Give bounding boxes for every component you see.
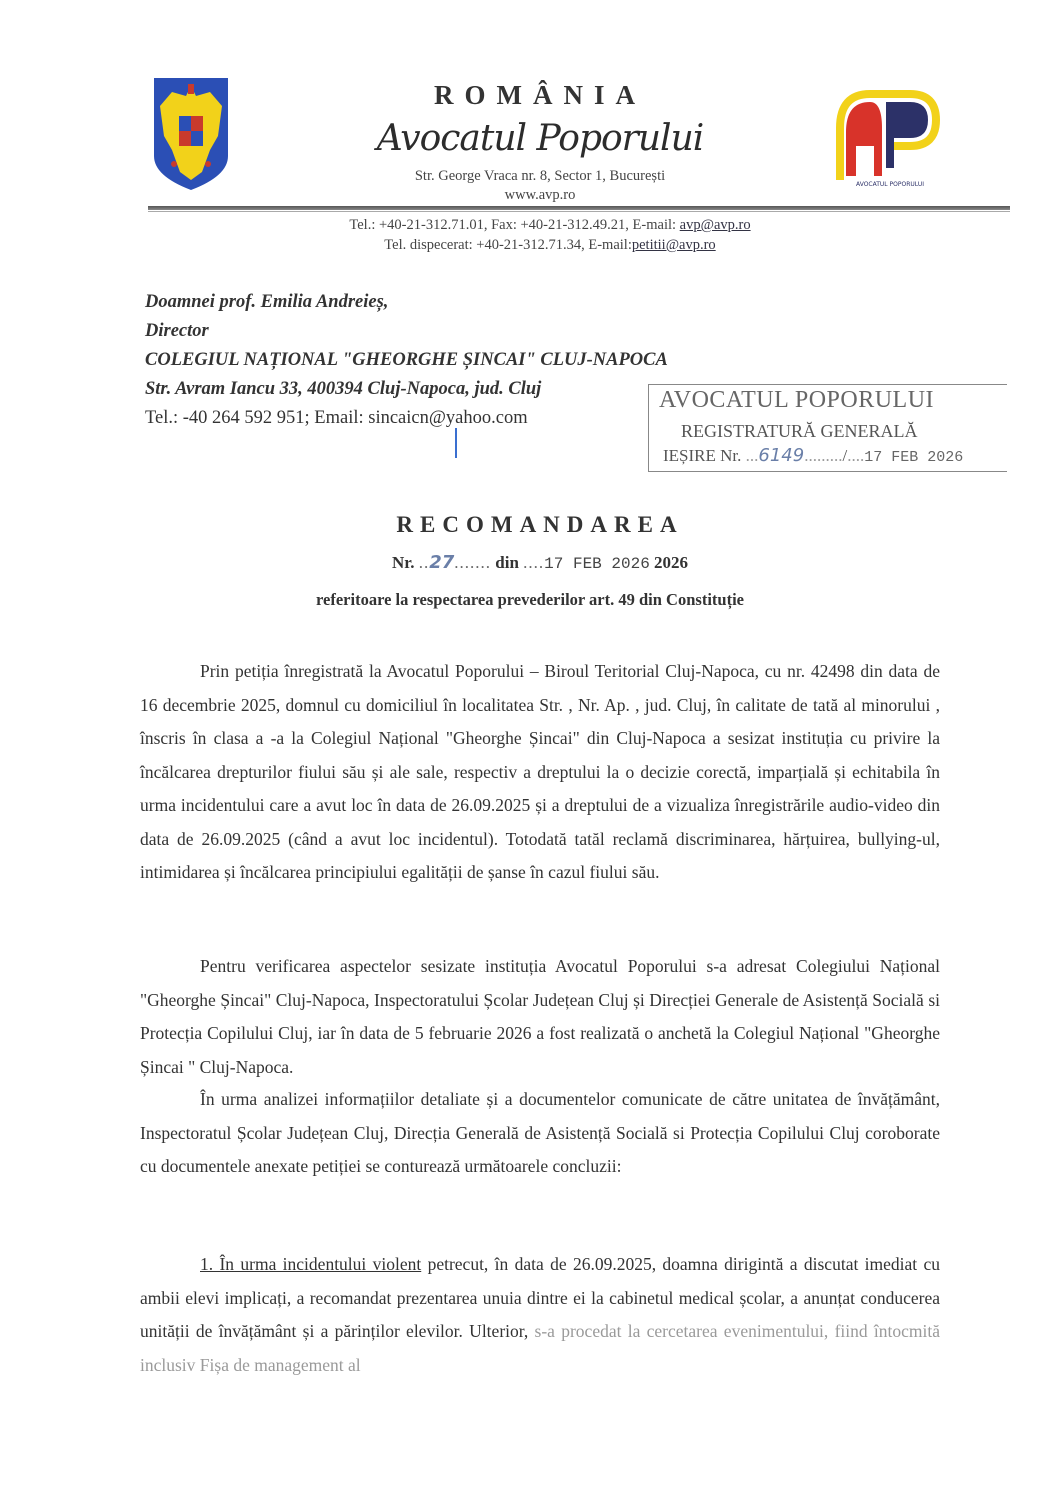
registry-stamp: AVOCATUL POPORULUI REGISTRATURĂ GENERALĂ… [648,384,1007,472]
paragraph-finding-1: 1. În urma incidentului violent petrecut… [140,1248,940,1382]
year: 2026 [654,553,688,572]
body-paragraph-1: Prin petiția înregistrată la Avocatul Po… [140,655,940,890]
stamp-date: 17 FEB 2026 [864,449,963,466]
document-number-line: Nr. ..27....... din ....17 FEB 2026 2026 [300,552,780,573]
finding-1-heading: 1. În urma incidentului violent [200,1254,421,1274]
date-stamp: 17 FEB 2026 [544,555,650,573]
stamp-exit-label: IEȘIRE Nr. [663,446,741,465]
din-label: din [495,553,519,572]
stamp-registry: REGISTRATURĂ GENERALĂ [681,421,918,442]
stamp-number: 6149 [758,445,804,466]
avocatul-poporului-ap-logo-icon: AVOCATUL POPORULUI [830,88,942,188]
document-title: RECOMANDAREA [300,512,780,538]
institution-website[interactable]: www.avp.ro [340,187,740,204]
contact-line-2-text: Tel. dispecerat: +40-21-312.71.34, E-mai… [384,237,632,253]
nr-label: Nr. [392,553,415,572]
addressee-name: Doamnei prof. Emilia Andreieș, [145,288,668,317]
stamp-institution: AVOCATUL POPORULUI [659,387,934,414]
svg-text:AVOCATUL POPORULUI: AVOCATUL POPORULUI [856,181,924,188]
paragraph-analysis: În urma analizei informațiilor detaliate… [140,1083,940,1184]
addressee-block: Doamnei prof. Emilia Andreieș, Director … [145,288,668,433]
romania-coat-of-arms-icon [152,76,230,192]
header-divider [148,206,1010,210]
body-paragraph-4: 1. În urma incidentului violent petrecut… [140,1248,940,1382]
header-divider-thin [148,211,1010,212]
document-subject: referitoare la respectarea prevederilor … [200,590,860,610]
contact-line-1: Tel.: +40-21-312.71.01, Fax: +40-21-312.… [250,217,850,234]
body-paragraph-2: Pentru verificarea aspectelor sesizate i… [140,950,940,1084]
contact-line-2: Tel. dispecerat: +40-21-312.71.34, E-mai… [250,237,850,254]
institution-name: Avocatul Poporului [330,118,750,159]
paragraph-verification: Pentru verificarea aspectelor sesizate i… [140,950,940,1084]
institution-address: Str. George Vraca nr. 8, Sector 1, Bucur… [340,168,740,185]
body-paragraph-3: În urma analizei informațiilor detaliate… [140,1083,940,1184]
email-link-avp[interactable]: avp@avp.ro [680,217,751,233]
nr-value: 27 [429,552,454,573]
paragraph-petition: Prin petiția înregistrată la Avocatul Po… [140,655,940,890]
pen-mark [455,428,457,458]
stamp-exit-number: IEȘIRE Nr. ...6149........./....17 FEB 2… [663,445,963,466]
addressee-role: Director [145,317,668,346]
country-name: ROMÂNIA [380,80,700,111]
addressee-contact: Tel.: -40 264 592 951; Email: sincaicn@y… [145,404,668,433]
addressee-address: Str. Avram Iancu 33, 400394 Cluj-Napoca,… [145,375,668,404]
email-link-petitii[interactable]: petitii@avp.ro [632,237,716,253]
addressee-school: COLEGIUL NAȚIONAL "GHEORGHE ȘINCAI" CLUJ… [145,346,668,375]
contact-line-1-text: Tel.: +40-21-312.71.01, Fax: +40-21-312.… [349,217,679,233]
